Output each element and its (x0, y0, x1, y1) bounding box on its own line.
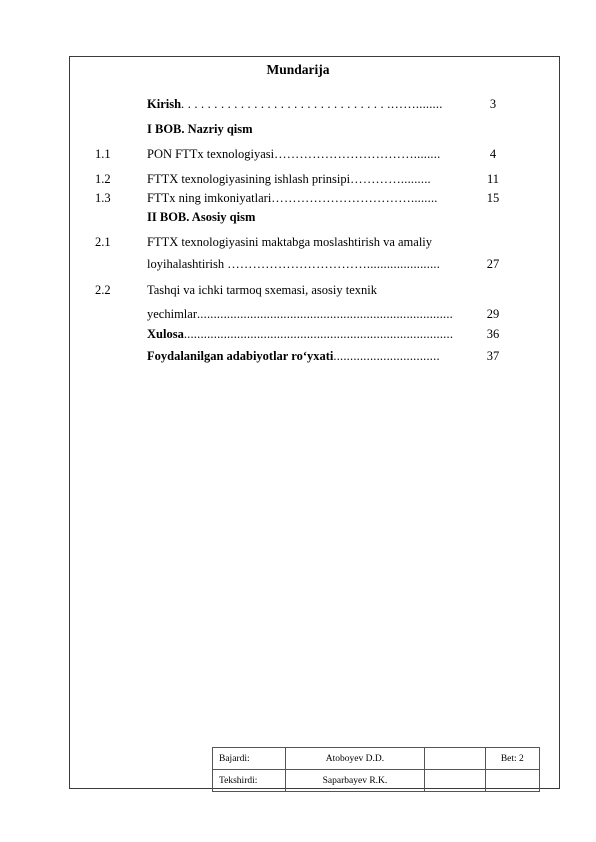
toc-entry-label: loyihalashtirish (147, 257, 227, 271)
toc-entry-text: Xulosa..................................… (147, 326, 475, 342)
toc-entry-text: II BOB. Asosiy qism (147, 209, 475, 225)
toc-entry-text: Tashqi va ichki tarmoq sxemasi, asosiy t… (147, 282, 475, 298)
toc-leader-dots: ……………………………........ (274, 147, 440, 161)
executed-blank (425, 748, 485, 770)
toc-leader-dots: ........................................… (184, 327, 453, 341)
toc-entry-number: 2.2 (95, 282, 111, 298)
chapter-heading: I BOB. Nazriy qism (147, 122, 253, 136)
toc-entry-label: Xulosa (147, 327, 184, 341)
toc-entry-text: loyihalashtirish ……………………………............… (147, 256, 475, 272)
toc-entry-page: 29 (478, 306, 508, 322)
title-block-table: Bajardi: Atoboyev D.D. Bet: 2 Tekshirdi:… (212, 747, 540, 792)
toc-entry-text: FTTX texnologiyasini maktabga moslashtir… (147, 234, 475, 250)
footer-row-checked: Tekshirdi: Saparbayev R.K. (213, 770, 540, 792)
toc-entry-label: yechimlar (147, 307, 197, 321)
toc-entry-number: 1.3 (95, 190, 111, 206)
toc-entry-label: PON FTTx texnologiyasi (147, 147, 274, 161)
toc-entry-text: FTTx ning imkoniyatlari……………………………......… (147, 190, 475, 206)
toc-entry-page: 37 (478, 348, 508, 364)
chapter-heading: II BOB. Asosiy qism (147, 210, 255, 224)
toc-entry-page: 15 (478, 190, 508, 206)
executed-name: Atoboyev D.D. (285, 748, 424, 770)
page-number: Bet: 2 (485, 748, 539, 770)
toc-entry-text: PON FTTx texnologiyasi…………………………….......… (147, 146, 475, 162)
toc-leader-dots: ........................................… (197, 307, 453, 321)
toc-leader-dots: ……………………………........ (271, 191, 437, 205)
executed-label: Bajardi: (213, 748, 286, 770)
toc-title: Mundarija (0, 62, 596, 78)
toc-entry-label: Kirish (147, 97, 181, 111)
toc-entry-text: yechimlar...............................… (147, 306, 475, 322)
toc-entry-text: I BOB. Nazriy qism (147, 121, 475, 137)
toc-entry-text: Kirish. . . . . . . . . . . . . . . . . … (147, 96, 475, 112)
checked-blank (425, 770, 485, 792)
toc-entry-number: 1.1 (95, 146, 111, 162)
toc-leader-dots: ……………………………...................... (227, 257, 440, 271)
toc-entry-number: 2.1 (95, 234, 111, 250)
toc-leader-dots: ................................ (333, 349, 439, 363)
checked-page (485, 770, 539, 792)
checked-name: Saparbayev R.K. (285, 770, 424, 792)
toc-entry-page: 11 (478, 171, 508, 187)
toc-entry-page: 4 (478, 146, 508, 162)
toc-leader-dots: …………......... (350, 172, 431, 186)
toc-entry-label: FTTx ning imkoniyatlari (147, 191, 271, 205)
checked-label: Tekshirdi: (213, 770, 286, 792)
toc-entry-label: FTTX texnologiyasini maktabga moslashtir… (147, 235, 432, 249)
toc-entry-page: 27 (478, 256, 508, 272)
footer-row-executed: Bajardi: Atoboyev D.D. Bet: 2 (213, 748, 540, 770)
toc-entry-label: Tashqi va ichki tarmoq sxemasi, asosiy t… (147, 283, 377, 297)
toc-entry-page: 3 (478, 96, 508, 112)
toc-entry-text: Foydalanilgan adabiyotlar ro‘yxati......… (147, 348, 475, 364)
toc-entry-label: FTTX texnologiyasining ishlash prinsipi (147, 172, 350, 186)
toc-leader-dots: . . . . . . . . . . . . . . . . . . . . … (181, 97, 442, 111)
toc-entry-text: FTTX texnologiyasining ishlash prinsipi…… (147, 171, 475, 187)
toc-entry-page: 36 (478, 326, 508, 342)
page-frame (69, 56, 560, 789)
toc-entry-label: Foydalanilgan adabiyotlar ro‘yxati (147, 349, 333, 363)
toc-entry-number: 1.2 (95, 171, 111, 187)
